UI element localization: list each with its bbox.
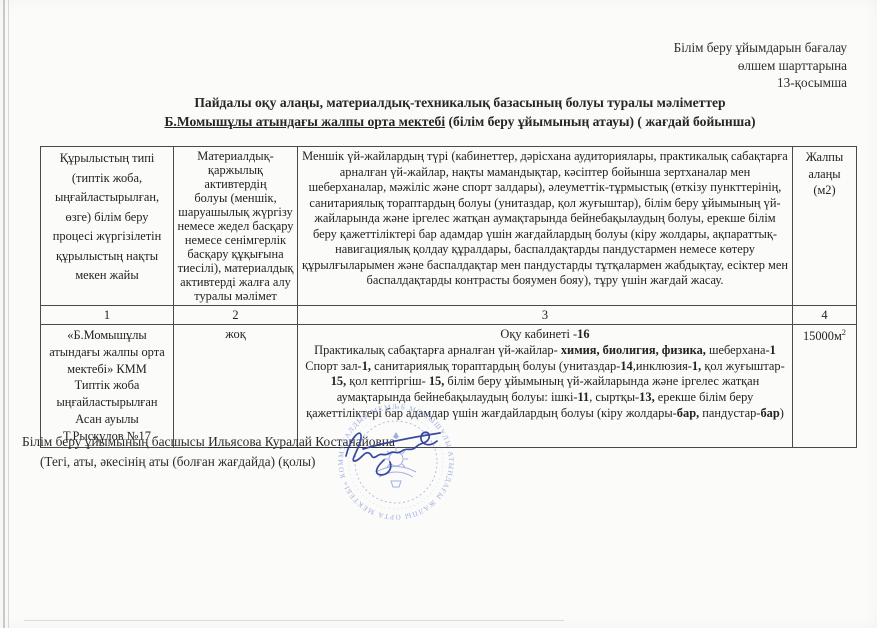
cell-total-area-value: 15000м2 [793, 325, 857, 448]
scan-edge-line [8, 0, 9, 628]
column-number: 4 [793, 306, 857, 325]
cell-school-name-address: «Б.Момышұлы атындағы жалпы орта мектебі»… [41, 325, 174, 448]
header-total-area: Жалпы алаңы (м2) [793, 147, 857, 306]
scan-edge-line [3, 0, 5, 628]
header-material-assets: Материалдық- қаржылық активтердің болуы … [174, 147, 298, 306]
document-title: Пайдалы оқу алаңы, материалдық-техникалы… [48, 94, 872, 113]
signature-line: Білім беру ұйымының басшысы Ильясова Кур… [22, 434, 395, 450]
cell-premises-details: Оқу кабинеті -16Практикалық сабақтарға а… [298, 325, 793, 448]
scanned-document-page: Білім беру ұйымдарын бағалау өлшем шартт… [0, 0, 877, 628]
column-number: 1 [41, 306, 174, 325]
table-header-row: Құрылыстың типі (типтік жоба, ыңғайласты… [41, 147, 857, 306]
scan-edge-line [24, 620, 564, 621]
table-data-row: «Б.Момышұлы атындағы жалпы орта мектебі»… [41, 325, 857, 448]
column-number-row: 1 2 3 4 [41, 306, 857, 325]
appendix-note-line: 13-қосымша [674, 74, 847, 92]
header-premises-description: Меншік үй-жайлардың түрі (кабинеттер, дә… [298, 147, 793, 306]
appendix-note: Білім беру ұйымдарын бағалау өлшем шартт… [674, 39, 847, 92]
appendix-note-line: өлшем шарттарына [674, 57, 847, 75]
column-number: 2 [174, 306, 298, 325]
title-block: Пайдалы оқу алаңы, материалдық-техникалы… [48, 94, 872, 131]
header-building-type: Құрылыстың типі (типтік жоба, ыңғайласты… [41, 147, 174, 306]
document-subtitle: Б.Момышұлы атындағы жалпы орта мектебі (… [48, 113, 872, 132]
signature-caption: (Тегі, аты, әкесінің аты (болған жағдайд… [40, 454, 315, 470]
facilities-table: Құрылыстың типі (типтік жоба, ыңғайласты… [40, 146, 857, 448]
column-number: 3 [298, 306, 793, 325]
cell-assets-info: жоқ [174, 325, 298, 448]
appendix-note-line: Білім беру ұйымдарын бағалау [674, 39, 847, 57]
